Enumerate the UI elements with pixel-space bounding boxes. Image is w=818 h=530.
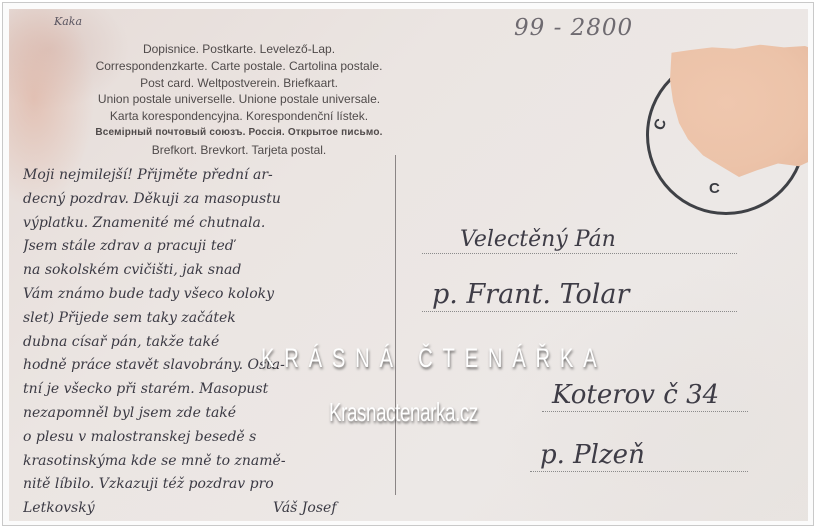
address-city: p. Plzeň (540, 440, 645, 470)
postcard: Kaka Dopisnice. Postkarte. Levelező-Lap.… (9, 9, 808, 521)
message-line: Jsem stále zdrav a pracuji teď (23, 235, 393, 259)
card-divider-line (395, 155, 396, 495)
message-line: na sokolském cvičišti, jak snad (23, 259, 393, 283)
message-line: Vám známo bude tady všeco koloky (23, 283, 393, 307)
message-line: Moji nejmilejší! Přijměte přední ar- (23, 164, 393, 188)
address-line-salutation: Velectěný Pán (422, 209, 737, 254)
message-line: nitě líbilo. Vzkazuji též pozdrav pro (23, 473, 393, 497)
header-row: Karta korespondencyjna. Korespondenční l… (54, 108, 424, 125)
address-street: Koterov č 34 (552, 380, 719, 410)
watermark-title: KRÁSNÁ ČTENÁŘKA (261, 343, 509, 374)
reference-number: 99 - 2800 (514, 15, 633, 41)
address-name: p. Frant. Tolar (432, 279, 629, 310)
header-row: Correspondenzkarte. Carte postale. Carto… (54, 58, 424, 75)
postmark-letter: C (709, 180, 720, 197)
message-line: krasotinskýma kde se mně to znamě- (23, 450, 393, 474)
message-line: o plesu v malostranskej besedě s (23, 426, 393, 450)
address-line-name: p. Frant. Tolar (422, 267, 737, 312)
header-row: Brefkort. Brevkort. Tarjeta postal. (54, 142, 424, 159)
postmark-letter: C (651, 116, 671, 132)
message-line: decný pozdrav. Děkuji za masopustu (23, 188, 393, 212)
postcard-header-multilingual: Dopisnice. Postkarte. Levelező-Lap. Corr… (54, 41, 424, 159)
header-row: Union postale universelle. Unione postal… (54, 91, 424, 108)
watermark-url: Krasnactenarka.cz (329, 397, 478, 428)
address-salutation: Velectěný Pán (460, 227, 616, 252)
address-line-street: Koterov č 34 (542, 367, 748, 412)
header-row: Post card. Weltpostverein. Briefkaart. (54, 75, 424, 92)
message-line: výplatku. Znamenité mé chutnala. (23, 212, 393, 236)
message-line: slet) Přijede sem taky začátek (23, 307, 393, 331)
header-row: Dopisnice. Postkarte. Levelező-Lap. (54, 41, 424, 58)
address-line-city: p. Plzeň (530, 427, 748, 472)
header-row-cyrillic: Всемірный почтовый союзъ. Россія. Открыт… (54, 125, 424, 142)
corner-pencil-note: Kaka (54, 15, 82, 28)
